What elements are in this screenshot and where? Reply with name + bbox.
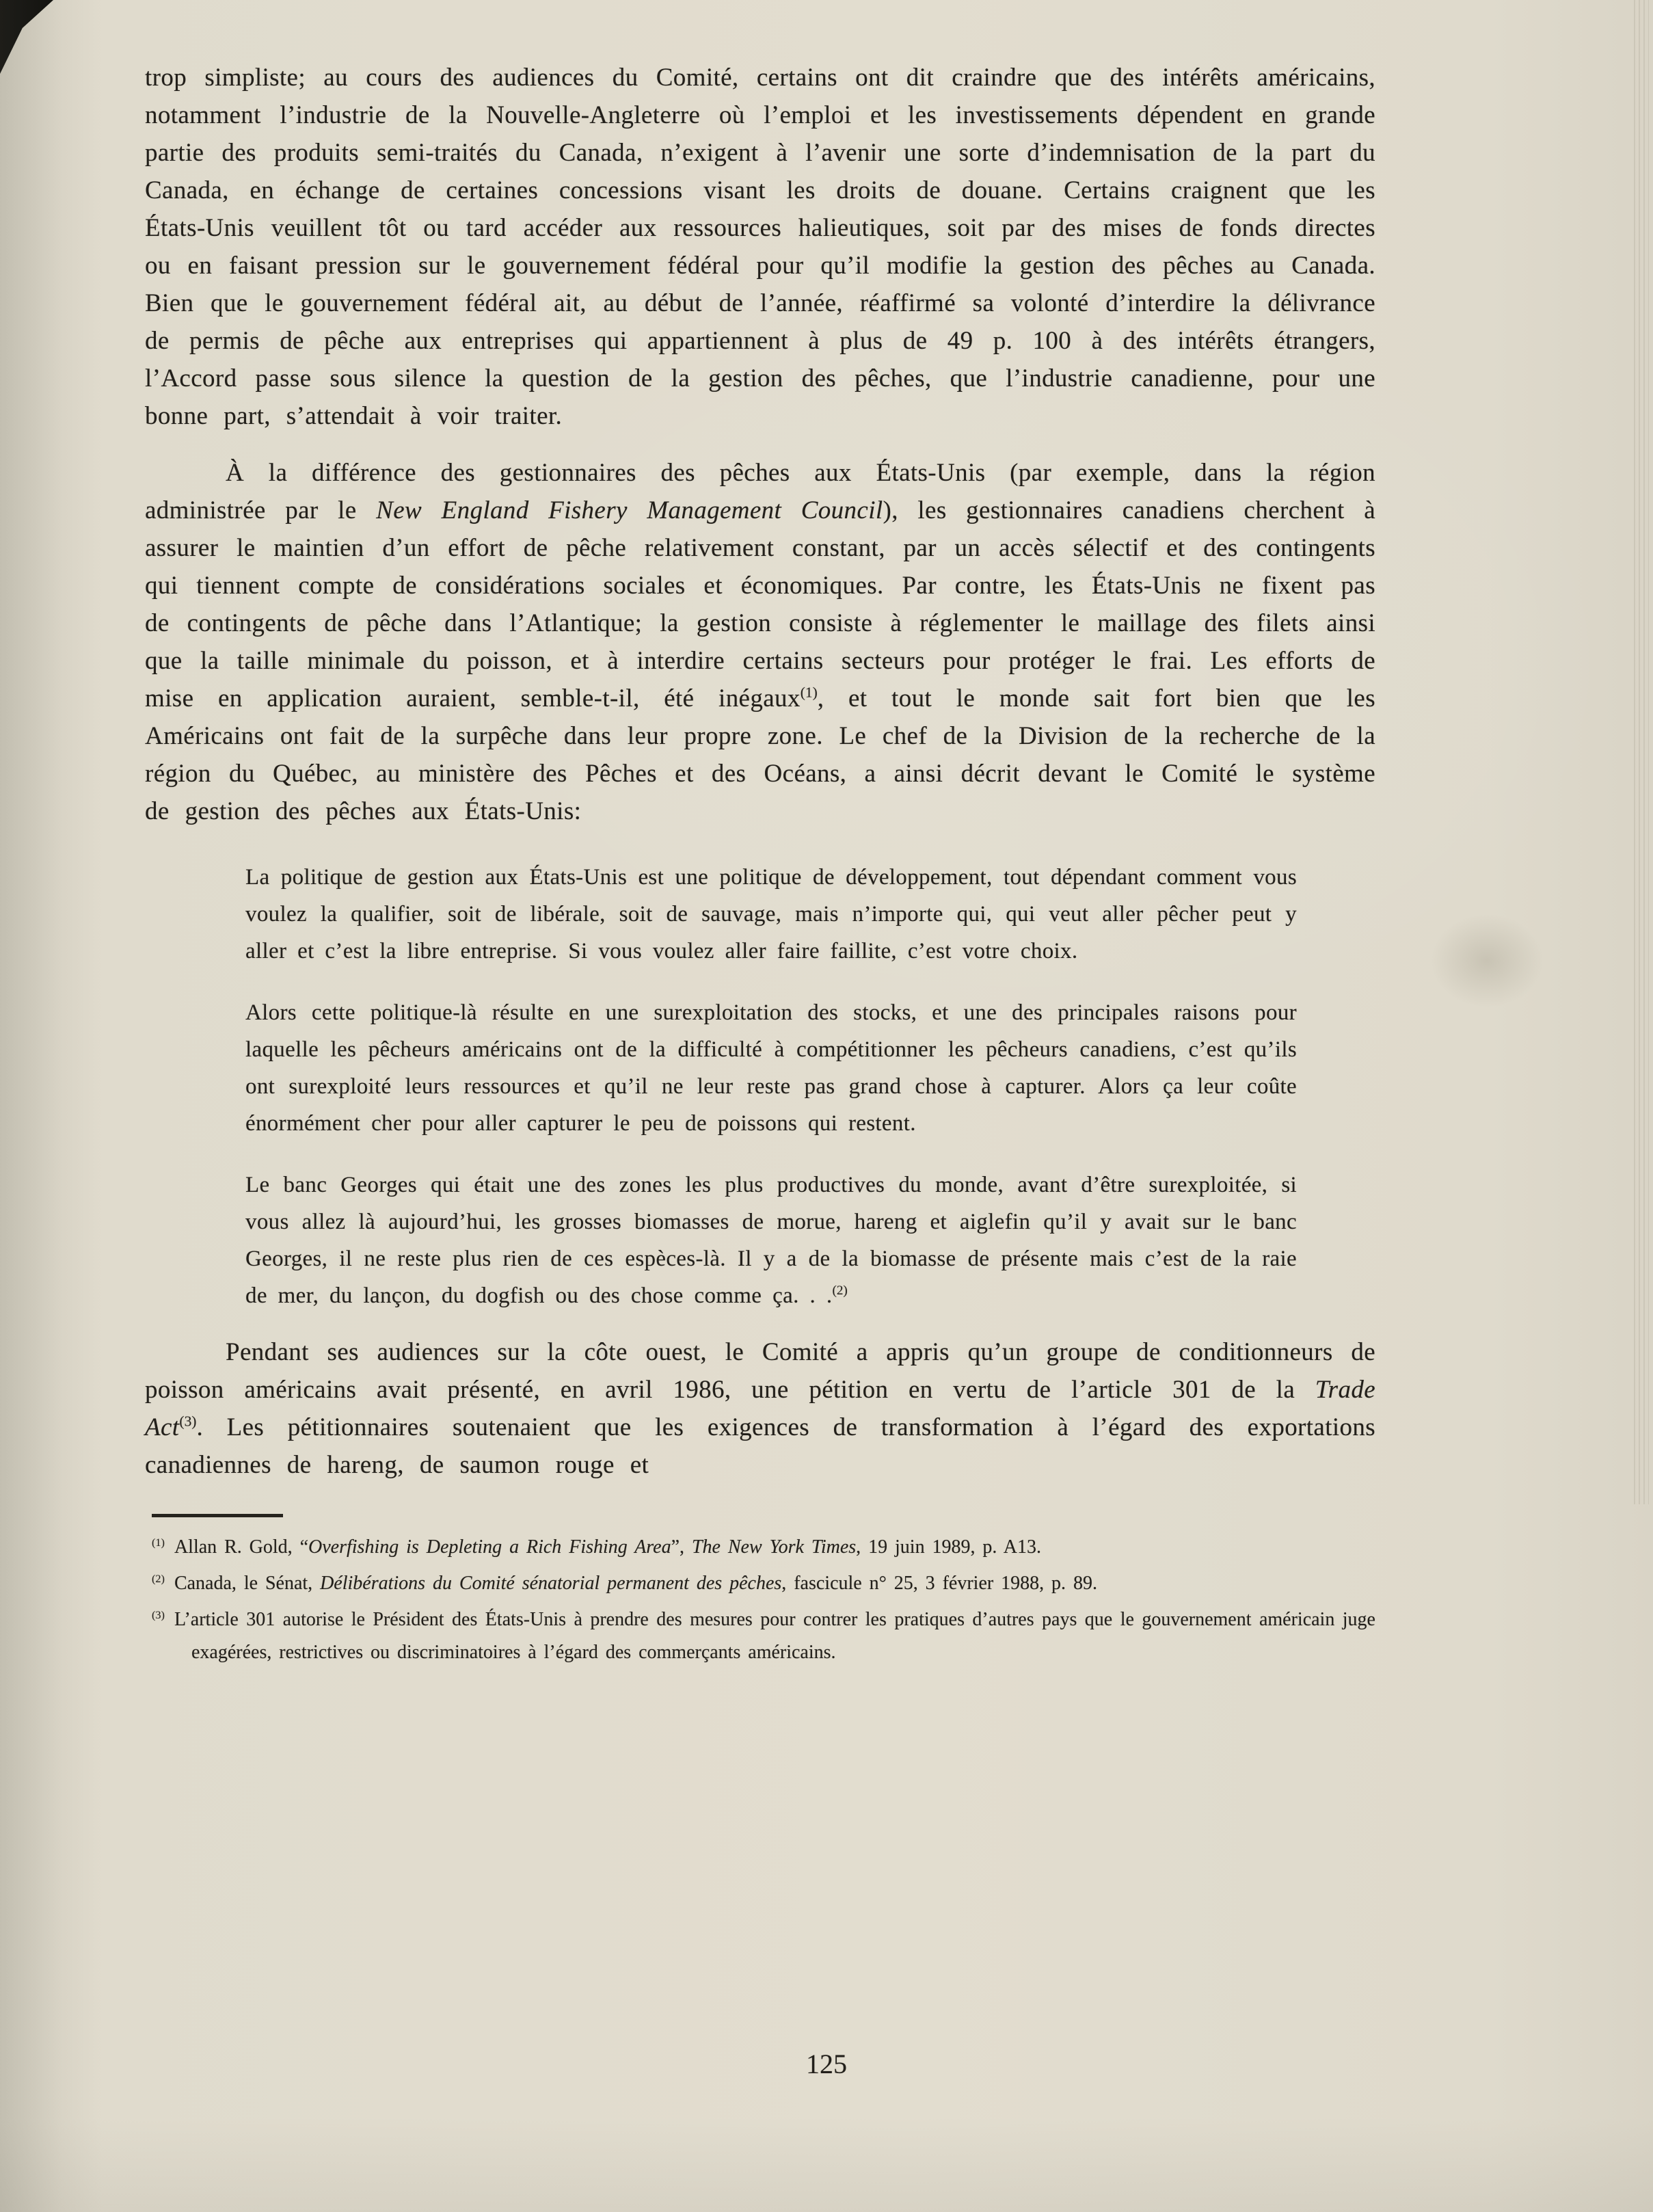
footnote-separator [152, 1514, 283, 1517]
footnote-reference: (2) [833, 1283, 848, 1298]
blockquote-paragraph: Le banc Georges qui était une des zones … [245, 1167, 1297, 1314]
footnote: (3)L’article 301 autorise le Président d… [152, 1603, 1375, 1669]
text-run: Allan R. Gold, “ [174, 1536, 308, 1558]
text-run: . Les pétitionnaires soutenaient que les… [145, 1413, 1375, 1479]
text-run: Alors cette politique-là résulte en une … [245, 1000, 1297, 1136]
footnote-marker: (2) [152, 1573, 165, 1585]
paragraph: Pendant ses audiences sur la côte ouest,… [145, 1333, 1375, 1484]
text-run: Délibérations du Comité sénatorial perma… [320, 1573, 781, 1594]
page-binding-streaks [1634, 0, 1649, 1504]
footnote-reference: (3) [179, 1413, 196, 1430]
paper-smudge [1408, 896, 1565, 1026]
text-run: , fascicule n° 25, 3 février 1988, p. 89… [781, 1573, 1097, 1594]
text-run: L’article 301 autorise le Président des … [174, 1609, 1375, 1663]
text-run: ), les gestionnaires canadiens cherchent… [145, 496, 1375, 712]
footnote-marker: (3) [152, 1609, 165, 1621]
paragraph: À la différence des gestionnaires des pê… [145, 454, 1375, 830]
text-run: The New York Times [692, 1536, 856, 1558]
text-run: ”, [671, 1536, 692, 1558]
text-run: New England Fishery Management Council [376, 496, 883, 524]
text-run: Overfishing is Depleting a Rich Fishing … [308, 1536, 671, 1558]
page-bottom-shading [0, 2116, 1653, 2212]
page-number: 125 [0, 2048, 1653, 2080]
blockquote-paragraph: La politique de gestion aux États-Unis e… [245, 859, 1297, 970]
footnote: (1)Allan R. Gold, “Overfishing is Deplet… [152, 1531, 1375, 1564]
page-left-edge-shading [0, 0, 103, 2212]
text-run: Canada, le Sénat, [174, 1573, 320, 1594]
page-text: trop simpliste; au cours des audiences d… [145, 59, 1375, 1673]
text-run: Le banc Georges qui était une des zones … [245, 1173, 1297, 1308]
footnote-reference: (1) [801, 684, 818, 701]
text-run: trop simpliste; au cours des audiences d… [145, 64, 1375, 430]
body-paragraphs: trop simpliste; au cours des audiences d… [145, 59, 1375, 1484]
paragraph: trop simpliste; au cours des audiences d… [145, 59, 1375, 435]
text-run: La politique de gestion aux États-Unis e… [245, 865, 1297, 963]
footnote-marker: (1) [152, 1536, 165, 1549]
text-run: , 19 juin 1989, p. A13. [856, 1536, 1041, 1558]
footnote: (2)Canada, le Sénat, Délibérations du Co… [152, 1567, 1375, 1600]
footnotes: (1)Allan R. Gold, “Overfishing is Deplet… [152, 1531, 1375, 1669]
text-run: Pendant ses audiences sur la côte ouest,… [145, 1338, 1375, 1404]
scanned-page: trop simpliste; au cours des audiences d… [0, 0, 1653, 2212]
blockquote-paragraph: Alors cette politique-là résulte en une … [245, 994, 1297, 1142]
